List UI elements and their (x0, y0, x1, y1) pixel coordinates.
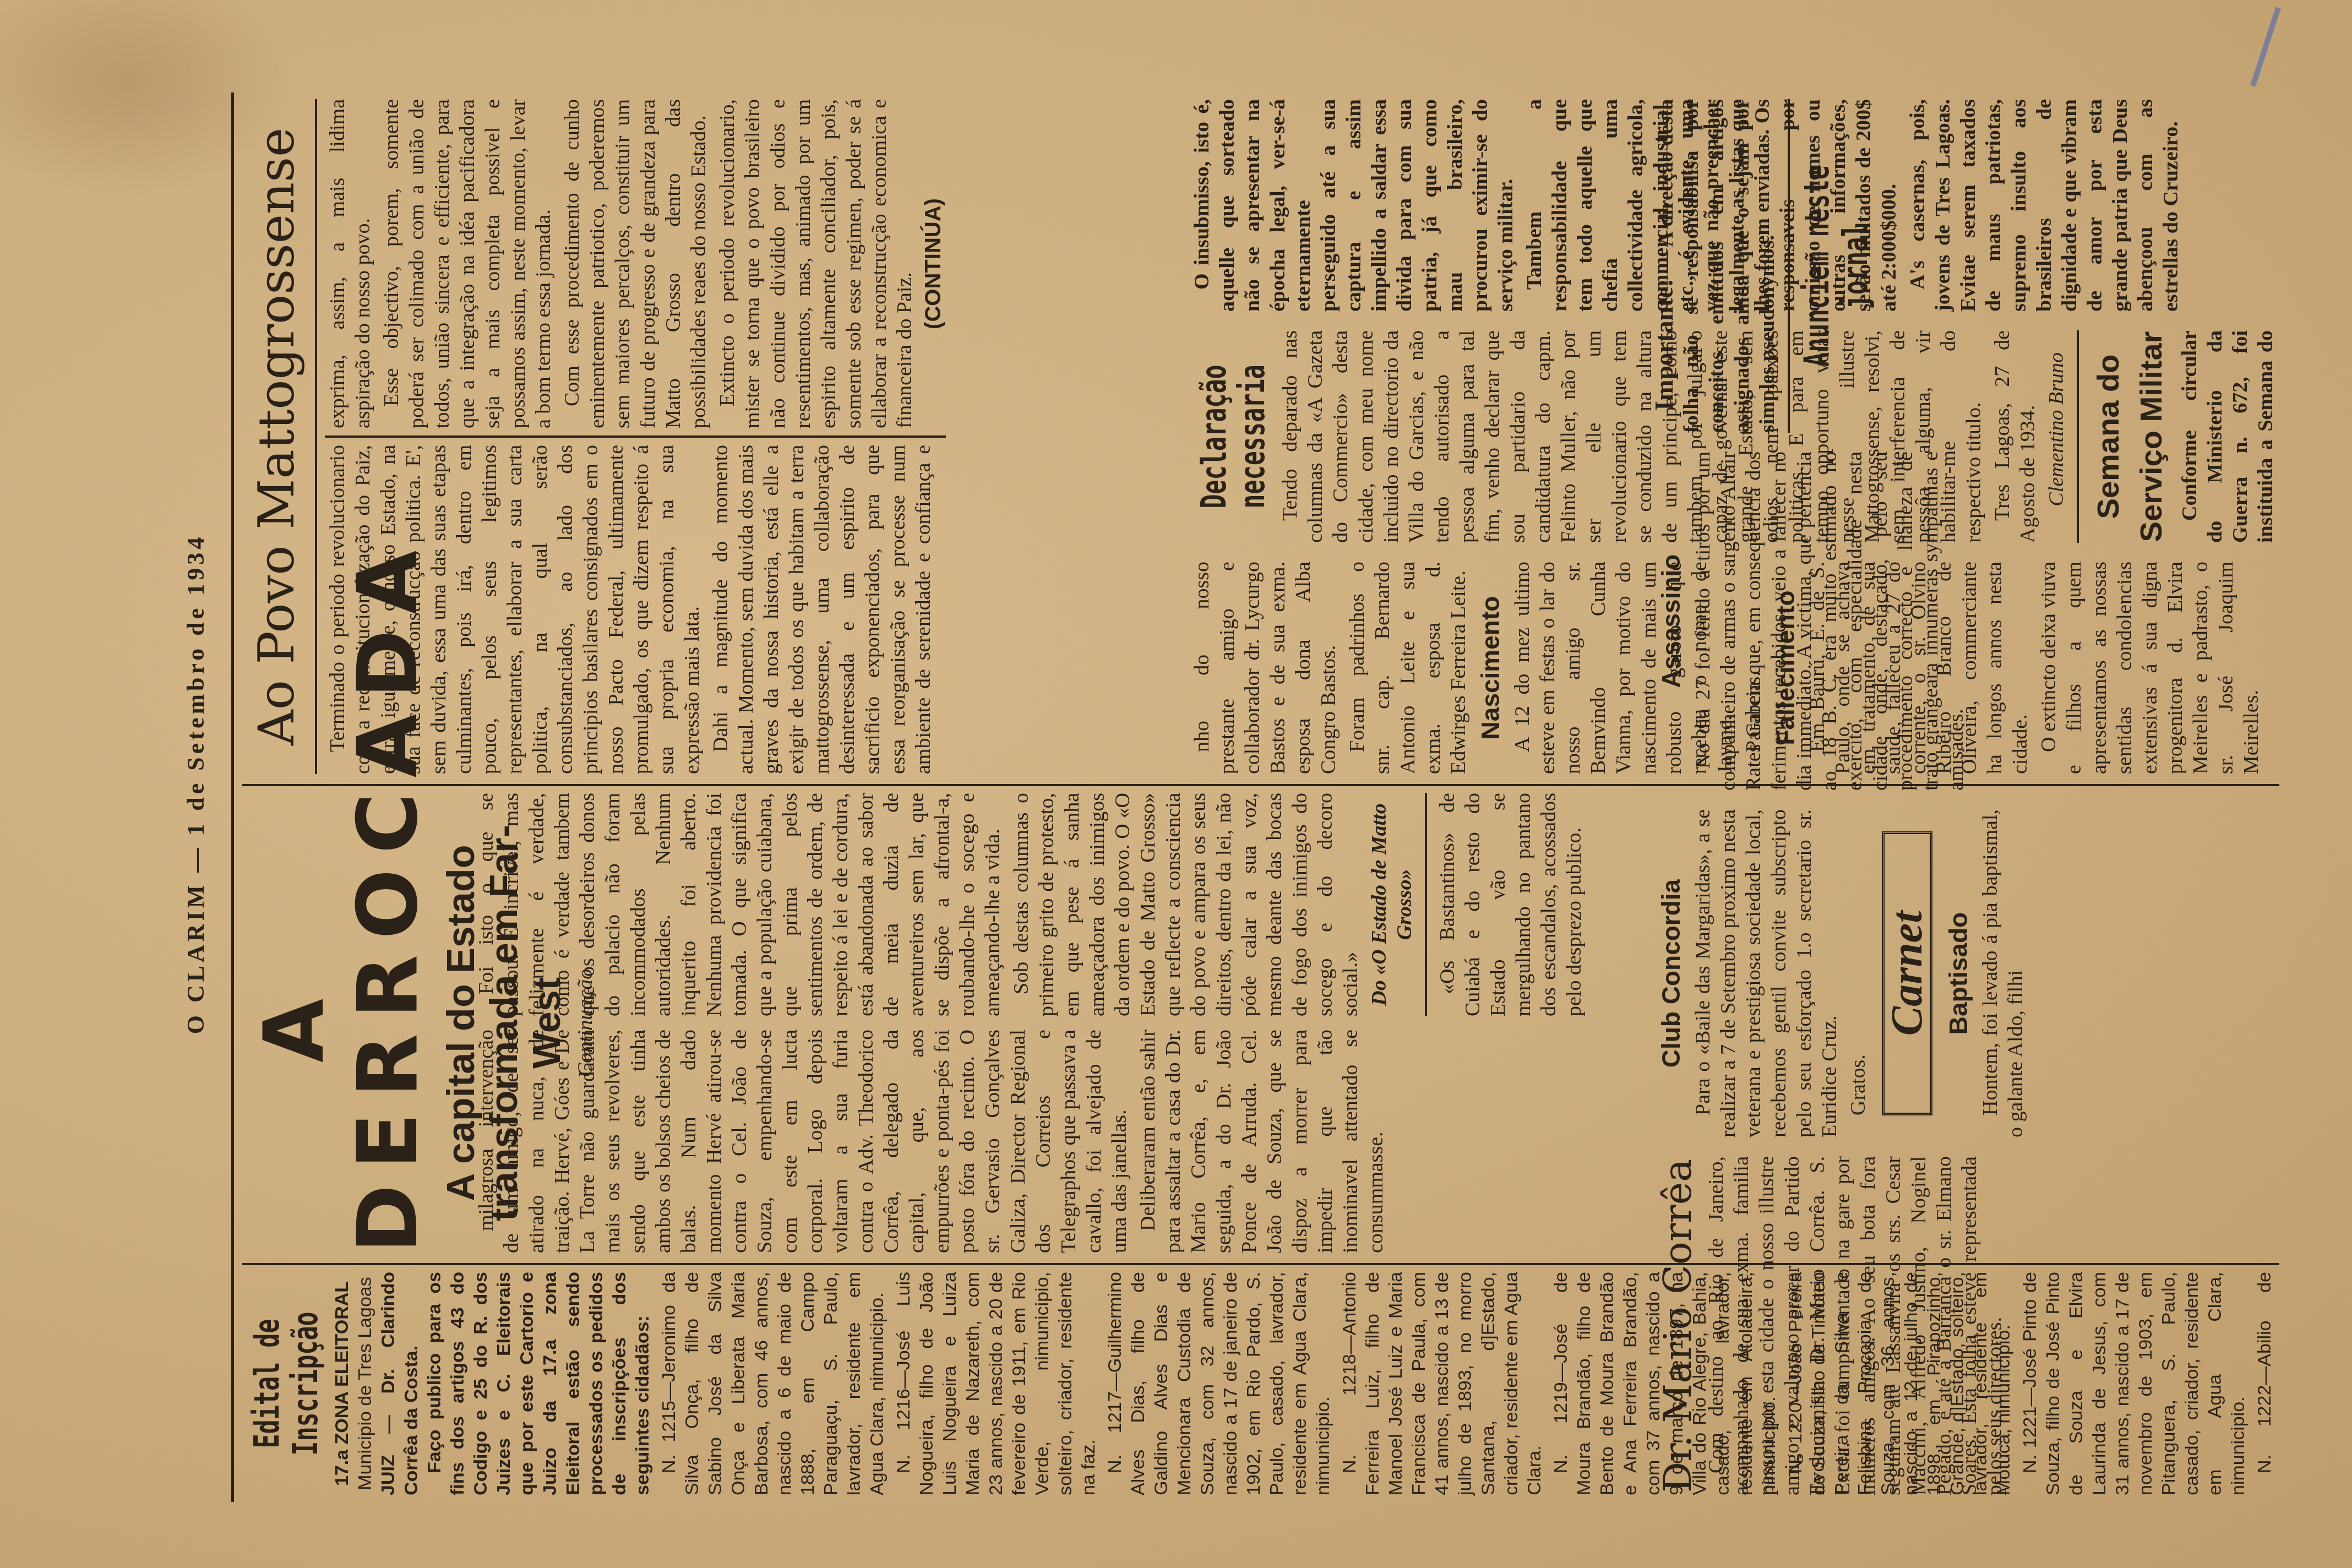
edital-juiz: JUIZ — Dr. Clarindo Corrêa da Costa. (377, 1272, 423, 1495)
masthead: O CLARIM — 1 de Setembro de 1934 (182, 0, 210, 1568)
derrocada-paragraph: «Os Bastantinos» de Cuiabá e do resto do… (1435, 793, 1587, 1016)
ao-povo-paragraph: Extincto o periodo revolucionario, miste… (715, 99, 917, 428)
derrocada-paragraph: milagrosa intervenção de um amigo, de se… (473, 1030, 1132, 1253)
ao-povo-paragraph: Com esse procedimento de cunho eminentem… (559, 99, 711, 428)
social-intro: nho do nosso prestante amigo e collabora… (1189, 562, 1341, 774)
anunciem-banner: Anunciem neste jornal (1798, 149, 1875, 383)
social-padrinhos: Foram padrinhos o snr. cap. Bernardo Ant… (1344, 562, 1471, 774)
assassinio-text: No dia 27 foi ferido a tiros por um comp… (1690, 451, 1969, 791)
servico-militar-paragraph: O insubmisso, isto é, aquelle que sortea… (1189, 99, 1518, 312)
nascimento-title: Nascimento (1476, 562, 1505, 774)
ao-povo-title: Ao Povo Mattogrossense (247, 99, 307, 774)
importante-label: Importante: (1652, 279, 1678, 411)
edital-entry: N. 1217—Guilhermino Alves Dias, filho de… (1103, 1272, 1335, 1495)
club-concordia-thanks: Gratos. (1845, 809, 1871, 1137)
divider (1788, 99, 1790, 433)
ao-povo-paragraph: Terminado o periodo revolucionario com a… (325, 445, 705, 774)
club-concordia-title: Club Concordia (1656, 809, 1686, 1137)
declaracao-title: Declaração necessaria (1195, 362, 1272, 511)
edital-zona: 17.a ZONA ELEITORAL (330, 1272, 353, 1495)
mario-correa-title: Dr. Mario Corrêa (1656, 1156, 1699, 1495)
derrocada-paragraph: Foi isto o que se passou. E' incrivel, m… (473, 793, 1005, 1016)
mario-correa-text: Com destino ao Rio de Janeiro, acompanha… (1703, 1156, 2007, 1495)
mario-correa-article: Dr. Mario Corrêa Com destino ao Rio de J… (1652, 1150, 2285, 1502)
divider (1425, 793, 1427, 1016)
derrocada-source: Do «O Estado de Matto Grosso» (1366, 793, 1417, 1016)
derrocada-paragraph: Deliberaram então sahir para assaltar a … (1135, 1030, 1389, 1253)
derrocada-title: A DERROCADA (248, 793, 435, 1253)
derrocada-paragraph: Sob destas columnas o primeiro grito de … (1009, 793, 1363, 1016)
assassinio-title: Assassinio (1656, 451, 1686, 791)
edital-intro: Faço publico para os fins dos artigos 43… (423, 1272, 654, 1495)
club-concordia-text: Para o «Baile das Margaridas», a se real… (1690, 809, 1842, 1137)
carnet-box: Carnet (1882, 831, 1932, 1115)
edital-entry: N. 1215—Jeronimo da Silva Onça, filho de… (657, 1272, 889, 1495)
edital-entry: N. 1218—Antonio Ferreira Luiz, filho de … (1338, 1272, 1546, 1495)
edital-municipio: Municipio de Tres Lagoas (353, 1272, 377, 1495)
ao-povo-article: Ao Povo Mattogrossense Terminado o perio… (242, 92, 1178, 781)
lower-right-block: Dr. Mario Corrêa Com destino ao Rio de J… (1652, 92, 2285, 1502)
newspaper-paper: O CLARIM — 1 de Setembro de 1934 Edital … (0, 0, 2352, 1568)
ao-povo-paragraph: Esse objectivo, porem, somente poderá se… (379, 99, 556, 428)
edital-title: Edital de Inscripção (248, 1305, 325, 1462)
divider (315, 99, 317, 774)
edital-entry: N. 1216—José Luis Nogueira, filho de Joã… (892, 1272, 1100, 1495)
assassinio-article: Assassinio No dia 27 foi ferido a tiros … (1652, 445, 2285, 797)
masthead-rule (231, 92, 234, 1502)
ao-povo-continua: (CONTINÚA) (921, 99, 946, 428)
newspaper-page: O CLARIM — 1 de Setembro de 1934 Edital … (0, 0, 2352, 1568)
baptisado-title: Baptisado (1943, 809, 1973, 1137)
club-concordia-article: Club Concordia Para o «Baile das Margari… (1652, 803, 2285, 1144)
importante-notice: Importante: — A direcção desta folha não… (1652, 92, 2285, 439)
baptisado-text: Hontem, foi levado á pia baptismal, o ga… (1978, 809, 2028, 1137)
